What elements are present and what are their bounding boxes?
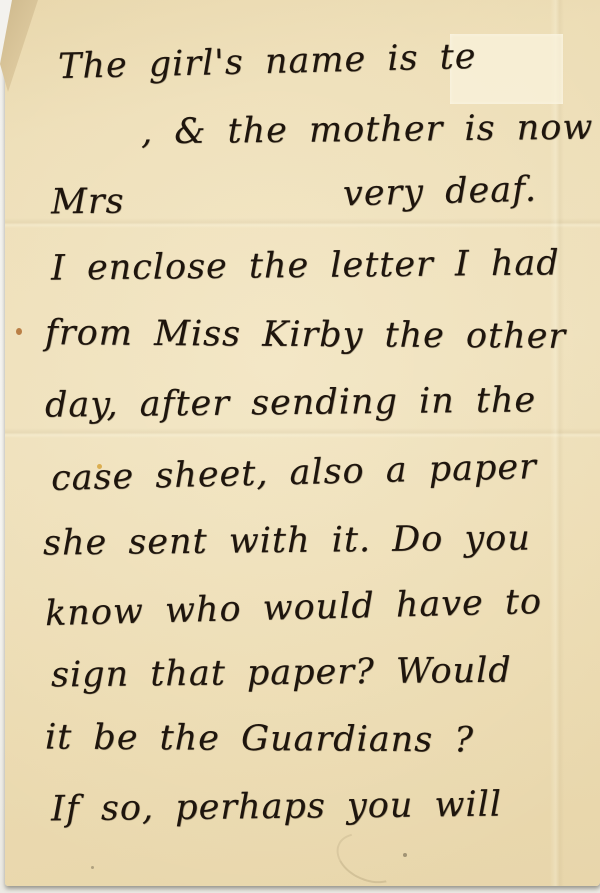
letter-line: case sheet, also a paper (51, 447, 538, 499)
letter-line: , & the mother is now (141, 108, 594, 153)
letter-line: know who would have to (45, 582, 543, 634)
letter-line: very deaf. (343, 170, 538, 215)
foxing-speck (16, 328, 22, 335)
letter-line: If so, perhaps you will (51, 785, 502, 830)
foxing-speck (97, 464, 102, 469)
letter-line: from Miss Kirby the other (45, 313, 566, 357)
paper-crease-horizontal (5, 428, 600, 438)
dust-speck (403, 853, 407, 857)
dust-speck (91, 866, 94, 869)
letter-line: Mrs (51, 182, 125, 223)
letter-line: it be the Guardians ? (45, 718, 474, 761)
letter-line: day, after sending in the (45, 380, 537, 425)
photo-stage: The girl's name is te , & the mother is … (0, 0, 600, 893)
faint-smudge (329, 823, 410, 893)
letter-paper: The girl's name is te , & the mother is … (5, 0, 600, 886)
letter-line: I enclose the letter I had (51, 243, 560, 288)
letter-line: she sent with it. Do you (43, 518, 531, 563)
letter-line: The girl's name is te (58, 37, 477, 87)
letter-line: sign that paper? Would (51, 651, 512, 696)
